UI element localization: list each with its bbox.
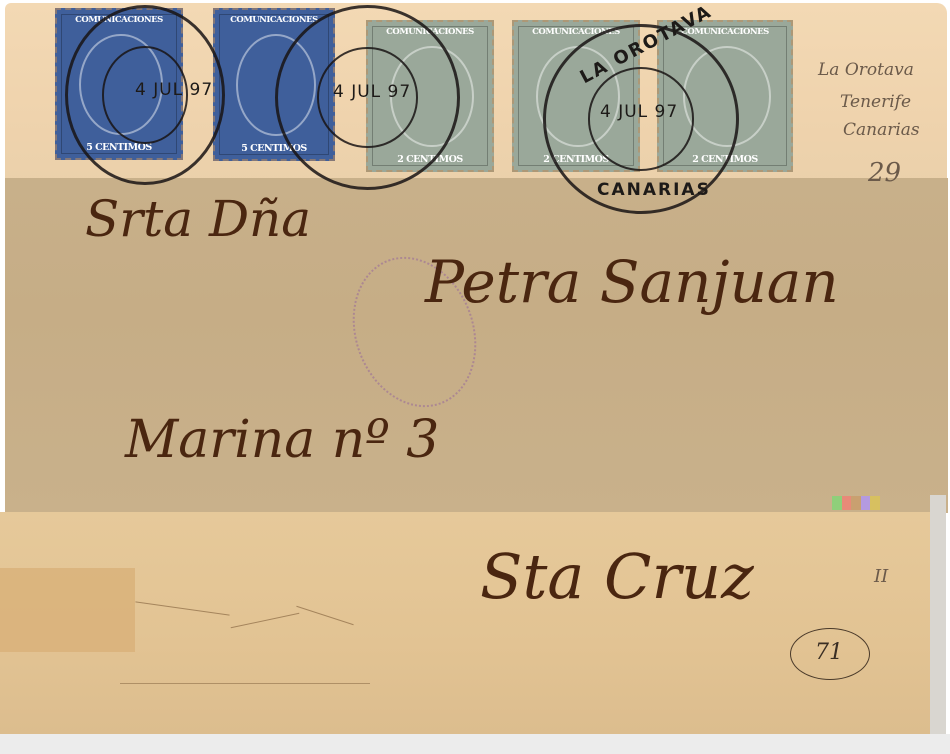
address-name: Petra Sanjuan xyxy=(425,248,839,316)
background-bottom xyxy=(0,734,950,754)
address-street: Marina nº 3 xyxy=(125,410,439,470)
tape-stain-patch xyxy=(0,568,135,652)
postmark-region: CANARIAS xyxy=(597,180,711,200)
envelope: COMUNICACIONES 5 CENTIMOS COMUNICACIONES… xyxy=(0,0,950,754)
postmark-date: 4 JUL 97 xyxy=(600,102,678,122)
address-salutation: Srta Dña xyxy=(85,190,311,248)
envelope-lower-section xyxy=(0,512,932,734)
pencil-origin-line1: La Orotava xyxy=(818,60,914,80)
scan-artifact xyxy=(832,496,880,510)
pencil-origin-line2: Tenerife xyxy=(840,92,911,112)
postmark-date: 4 JUL 97 xyxy=(333,82,411,102)
pencil-origin-line3: Canarias xyxy=(843,120,920,140)
postmark-date: 4 JUL 97 xyxy=(135,80,213,100)
pencil-circled-number: 71 xyxy=(815,640,843,665)
pencil-number: 29 xyxy=(868,158,901,188)
background-strip xyxy=(930,495,946,735)
address-city: Sta Cruz xyxy=(480,540,754,613)
pencil-roman-numeral: II xyxy=(874,566,888,587)
paper-fold xyxy=(120,683,370,684)
